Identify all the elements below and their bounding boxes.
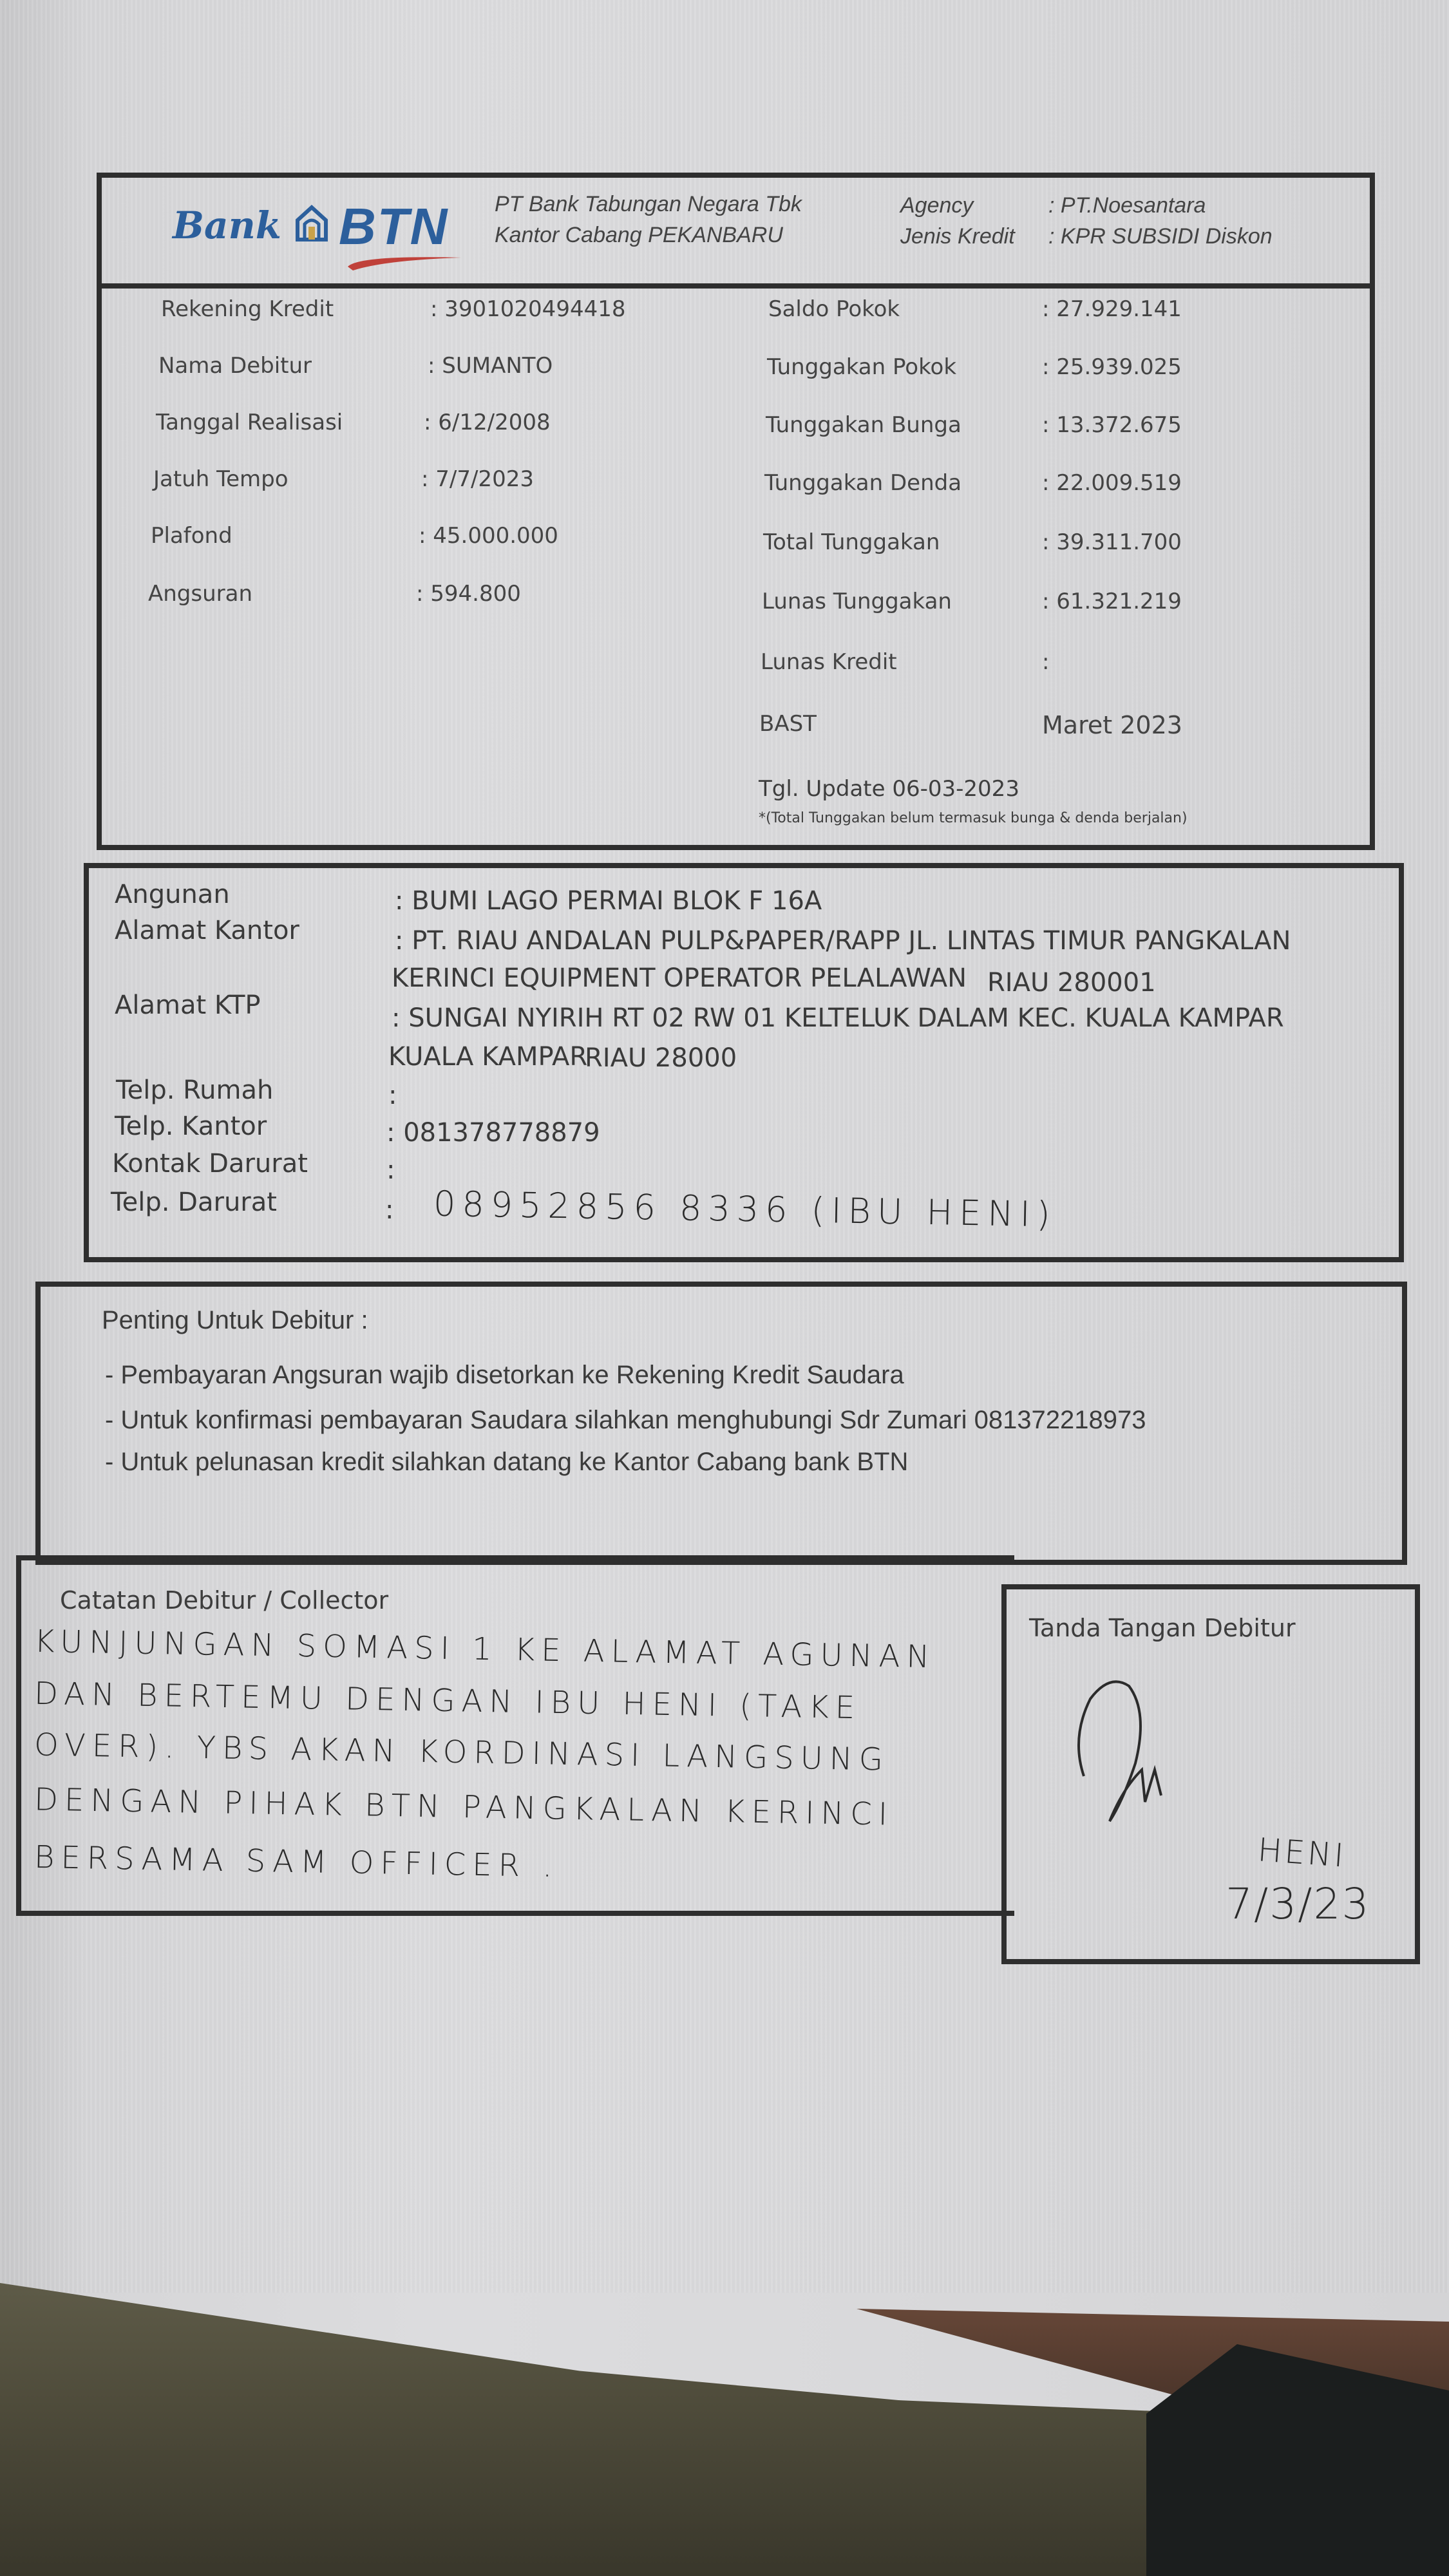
credit-type-value: : KPR SUBSIDI Diskon — [1048, 224, 1273, 249]
angunan-label: Angunan — [115, 880, 230, 909]
signature-name: HENI — [1256, 1831, 1347, 1874]
house-logo-icon — [295, 205, 328, 242]
kontak-darurat-label: Kontak Darurat — [112, 1149, 308, 1179]
note-line: BERSAMA SAM OFFICER . — [34, 1839, 559, 1884]
field-value: : 25.939.025 — [1042, 354, 1182, 380]
logo-swoosh-icon — [346, 254, 462, 270]
note-line: DAN BERTEMU DENGAN IBU HENI (TAKE — [34, 1676, 862, 1726]
field-value: : 13.372.675 — [1042, 412, 1182, 438]
field-label: Tanggal Realisasi — [156, 410, 343, 435]
field-label: Plafond — [151, 523, 232, 549]
alamat-kantor-line2: KERINCI EQUIPMENT OPERATOR PELALAWAN — [392, 963, 967, 993]
telp-kantor-value: : 081378778879 — [386, 1118, 600, 1148]
telp-rumah-value: : — [388, 1081, 397, 1110]
field-value: Maret 2023 — [1042, 711, 1182, 739]
alamat-kantor-line1: : PT. RIAU ANDALAN PULP&PAPER/RAPP JL. L… — [395, 926, 1291, 956]
notice-item: - Pembayaran Angsuran wajib disetorkan k… — [105, 1361, 904, 1390]
alamat-ktp-postcode: RIAU 28000 — [585, 1043, 737, 1073]
telp-darurat-handwritten: 08952856 8336 (IBU HENI) — [433, 1184, 1057, 1235]
notice-title: Penting Untuk Debitur : — [102, 1306, 368, 1335]
notes-title: Catatan Debitur / Collector — [60, 1586, 388, 1615]
field-value: : 6/12/2008 — [424, 410, 551, 435]
field-value: : 3901020494418 — [430, 296, 625, 322]
field-value: : SUMANTO — [428, 353, 553, 379]
note-line: KUNJUNGAN SOMASI 1 KE ALAMAT AGUNAN — [34, 1624, 936, 1675]
signature-scribble-icon — [1071, 1673, 1226, 1841]
field-label: Tunggakan Pokok — [767, 354, 956, 380]
logo-btn-text: BTN — [339, 197, 448, 256]
account-details: Rekening Kredit : 3901020494418 Nama Deb… — [97, 283, 1375, 850]
note-line: DENGAN PIHAK BTN PANGKALAN KERINCI — [34, 1781, 895, 1832]
field-value: : 27.929.141 — [1042, 296, 1182, 322]
signature-date: 7/3/23 — [1226, 1879, 1370, 1929]
collateral-contact-section: Angunan : BUMI LAGO PERMAI BLOK F 16A Al… — [84, 863, 1404, 1262]
field-value: : — [1042, 649, 1049, 675]
field-label: Total Tunggakan — [763, 529, 940, 555]
field-label: Angsuran — [148, 581, 252, 607]
field-label: Lunas Tunggakan — [762, 589, 952, 614]
agency-label: Agency — [900, 193, 973, 218]
field-label: Rekening Kredit — [161, 296, 334, 322]
telp-kantor-label: Telp. Kantor — [115, 1112, 267, 1141]
notice-item: - Untuk pelunasan kredit silahkan datang… — [105, 1448, 908, 1477]
branch-name: Kantor Cabang PEKANBARU — [495, 223, 783, 248]
field-value: : 61.321.219 — [1042, 589, 1182, 614]
debtor-signature-box: Tanda Tangan Debitur HENI 7/3/23 — [1001, 1584, 1420, 1964]
note-line: OVER). YBS AKAN KORDINASI LANGSUNG — [34, 1727, 890, 1777]
field-label: Jatuh Tempo — [153, 466, 289, 492]
alamat-kantor-postcode: RIAU 280001 — [987, 968, 1156, 998]
alamat-kantor-label: Alamat Kantor — [115, 916, 299, 945]
telp-darurat-label: Telp. Darurat — [111, 1188, 277, 1217]
field-value: : 7/7/2023 — [421, 466, 534, 492]
signature-title: Tanda Tangan Debitur — [1029, 1614, 1296, 1642]
telp-darurat-colon: : — [385, 1195, 393, 1225]
field-value: : 39.311.700 — [1042, 529, 1182, 555]
bank-header: Bank BTN PT Bank Tabungan Negara Tbk Kan… — [97, 173, 1375, 289]
update-date: Tgl. Update 06-03-2023 — [759, 776, 1019, 802]
alamat-ktp-line1: : SUNGAI NYIRIH RT 02 RW 01 KELTELUK DAL… — [392, 1003, 1284, 1033]
telp-rumah-label: Telp. Rumah — [116, 1075, 273, 1105]
credit-type-label: Jenis Kredit — [900, 224, 1015, 249]
alamat-ktp-label: Alamat KTP — [115, 990, 261, 1020]
collector-notes: Catatan Debitur / Collector KUNJUNGAN SO… — [16, 1555, 1014, 1916]
alamat-ktp-line2: KUALA KAMPAR — [388, 1042, 587, 1072]
field-label: Tunggakan Denda — [764, 470, 961, 496]
field-label: BAST — [759, 711, 817, 737]
field-value: : 22.009.519 — [1042, 470, 1182, 496]
logo-bank-text: Bank — [173, 204, 281, 247]
angunan-value: : BUMI LAGO PERMAI BLOK F 16A — [395, 886, 822, 916]
field-value: : 45.000.000 — [419, 523, 558, 549]
field-label: Saldo Pokok — [768, 296, 900, 322]
important-notice: Penting Untuk Debitur : - Pembayaran Ang… — [35, 1282, 1407, 1565]
field-label: Tunggakan Bunga — [766, 412, 961, 438]
company-name: PT Bank Tabungan Negara Tbk — [495, 192, 802, 217]
notice-item: - Untuk konfirmasi pembayaran Saudara si… — [105, 1406, 1146, 1435]
field-label: Lunas Kredit — [761, 649, 897, 675]
kontak-darurat-value: : — [386, 1155, 395, 1185]
footnote: *(Total Tunggakan belum termasuk bunga &… — [759, 810, 1188, 826]
field-label: Nama Debitur — [158, 353, 312, 379]
field-value: : 594.800 — [416, 581, 521, 607]
agency-value: : PT.Noesantara — [1048, 193, 1206, 218]
